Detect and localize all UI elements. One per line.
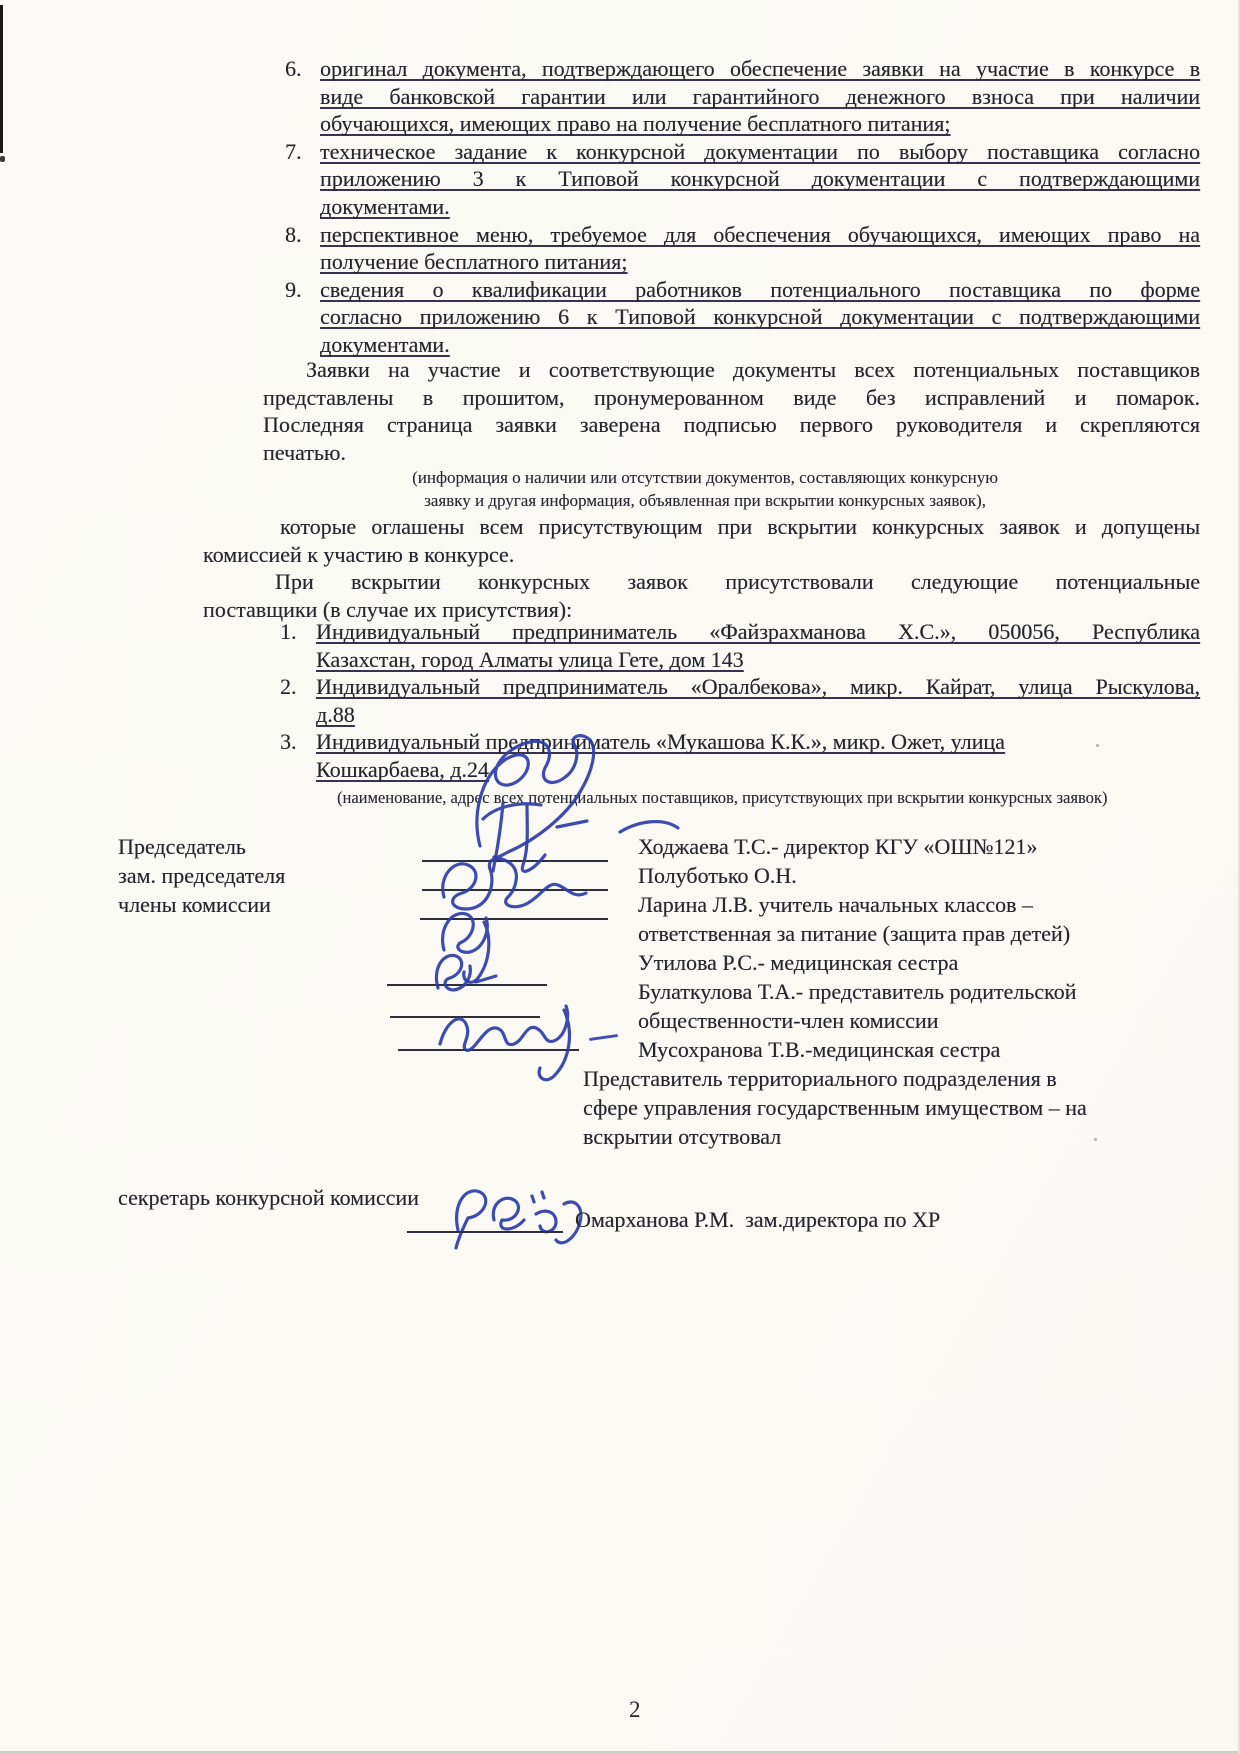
member-line: общественности-член комиссии xyxy=(638,1006,1208,1035)
supplier-line: Кошкарбаева, д.24 xyxy=(316,756,1200,784)
member-entry: Ларина Л.В. учитель начальных классов – … xyxy=(638,890,1208,948)
member-entry: Булаткулова Т.А.- представитель родитель… xyxy=(638,977,1208,1035)
member-line: Утилова Р.С.- медицинская сестра xyxy=(638,948,1208,977)
requirements-list: 6. оригинал документа, подтверждающего о… xyxy=(285,55,1200,359)
scanned-document-page: 6. оригинал документа, подтверждающего о… xyxy=(0,0,1240,1754)
paragraph-line: печатью. xyxy=(263,439,1200,467)
member-entry: Полуботько О.Н. xyxy=(638,861,1208,890)
page-number: 2 xyxy=(629,1697,641,1723)
requirement-line: виде банковской гарантии или гарантийног… xyxy=(320,83,1200,111)
requirement-line: приложению 3 к Типовой конкурсной докуме… xyxy=(320,165,1200,193)
requirement-text: сведения о квалификации работников потен… xyxy=(320,276,1200,359)
scan-edge-artifact xyxy=(0,156,5,162)
paragraph-line: При вскрытии конкурсных заявок присутств… xyxy=(203,568,1200,596)
member-entry: Ходжаева Т.С.- директор КГУ «ОШ№121» xyxy=(638,832,1208,861)
member-entry: Мусохранова Т.В.-медицинская сестра xyxy=(638,1035,1208,1064)
supplier-number: 1. xyxy=(280,618,316,646)
requirement-line: получение бесплатного питания; xyxy=(320,248,1200,276)
requirement-text: техническое задание к конкурсной докумен… xyxy=(320,138,1200,221)
secretary-name: Омарханова Р.М. зам.директора по ХР xyxy=(575,1206,940,1234)
requirement-item: 6. оригинал документа, подтверждающего о… xyxy=(285,55,1200,138)
requirement-item: 7. техническое задание к конкурсной доку… xyxy=(285,138,1200,221)
paragraph-line: которые оглашены всем присутствующим при… xyxy=(203,513,1200,541)
supplier-line: Индивидуальный предприниматель «Файзрахм… xyxy=(316,618,1200,646)
requirement-number: 6. xyxy=(285,55,320,83)
requirement-number: 7. xyxy=(285,138,320,166)
absent-note-line: Представитель территориального подраздел… xyxy=(583,1064,1208,1093)
requirement-line: оригинал документа, подтверждающего обес… xyxy=(320,55,1200,83)
requirement-item: 9. сведения о квалификации работников по… xyxy=(285,276,1200,359)
member-line: Ходжаева Т.С.- директор КГУ «ОШ№121» xyxy=(638,832,1208,861)
member-entry: Утилова Р.С.- медицинская сестра xyxy=(638,948,1208,977)
requirement-line: техническое задание к конкурсной докумен… xyxy=(320,138,1200,166)
scan-edge-artifact xyxy=(0,5,3,153)
role-chairman: Председатель xyxy=(118,832,285,861)
requirement-line: документами. xyxy=(320,331,1200,359)
requirement-line: документами. xyxy=(320,193,1200,221)
member-line: Булаткулова Т.А.- представитель родитель… xyxy=(638,977,1208,1006)
supplier-line: Индивидуальный предприниматель «Оралбеко… xyxy=(316,673,1200,701)
paragraph-line: представлены в прошитом, пронумерованном… xyxy=(263,384,1200,412)
supplier-item: 3. Индивидуальный предприниматель «Мукаш… xyxy=(280,728,1200,783)
requirement-text: оригинал документа, подтверждающего обес… xyxy=(320,55,1200,138)
member-line: ответственная за питание (защита прав де… xyxy=(638,919,1208,948)
secretary-signature xyxy=(438,1176,588,1261)
requirement-number: 8. xyxy=(285,221,320,249)
secretary-label: секретарь конкурсной комиссии xyxy=(118,1184,419,1212)
member-line: Ларина Л.В. учитель начальных классов – xyxy=(638,890,1208,919)
supplier-line: Индивидуальный предприниматель «Мукашова… xyxy=(316,728,1200,756)
requirement-line: обучающихся, имеющих право на получение … xyxy=(320,110,1200,138)
absent-representative-note: Представитель территориального подраздел… xyxy=(583,1064,1208,1151)
requirement-number: 9. xyxy=(285,276,320,304)
supplier-line: Казахстан, город Алматы улица Гете, дом … xyxy=(316,646,1200,674)
requirement-line: перспективное меню, требуемое для обеспе… xyxy=(320,221,1200,249)
paragraph-line: Последняя страница заявки заверена подпи… xyxy=(263,411,1200,439)
requirement-item: 8. перспективное меню, требуемое для обе… xyxy=(285,221,1200,276)
supplier-text: Индивидуальный предприниматель «Оралбеко… xyxy=(316,673,1200,728)
paragraph-line: комиссией к участию в конкурсе. xyxy=(203,541,1200,569)
supplier-number: 2. xyxy=(280,673,316,701)
supplier-item: 1. Индивидуальный предприниматель «Файзр… xyxy=(280,618,1200,673)
suppliers-list: 1. Индивидуальный предприниматель «Файзр… xyxy=(280,618,1200,784)
absent-note-line: вскрытии отсутвовал xyxy=(583,1122,1208,1151)
role-members: члены комиссии xyxy=(118,890,285,919)
supplier-text: Индивидуальный предприниматель «Мукашова… xyxy=(316,728,1200,783)
ink-dash xyxy=(589,1034,618,1041)
paragraph-present: При вскрытии конкурсных заявок присутств… xyxy=(203,568,1200,623)
supplier-text: Индивидуальный предприниматель «Файзрахм… xyxy=(316,618,1200,673)
role-deputy: зам. председателя xyxy=(118,861,285,890)
parenthetical-note: (информация о наличии или отсутствии док… xyxy=(340,467,1070,512)
signature-line xyxy=(407,1231,563,1233)
note-line: (информация о наличии или отсутствии док… xyxy=(340,467,1070,490)
requirement-line: согласно приложению 6 к Типовой конкурсн… xyxy=(320,303,1200,331)
supplier-line: д.88 xyxy=(316,701,1200,729)
absent-note-line: сфере управления государственным имущест… xyxy=(583,1093,1208,1122)
member-line: Полуботько О.Н. xyxy=(638,861,1208,890)
paragraph-line: Заявки на участие и соответствующие доку… xyxy=(263,356,1200,384)
committee-members: Ходжаева Т.С.- директор КГУ «ОШ№121» Пол… xyxy=(638,832,1208,1151)
member-line: Мусохранова Т.В.-медицинская сестра xyxy=(638,1035,1208,1064)
supplier-item: 2. Индивидуальный предприниматель «Оралб… xyxy=(280,673,1200,728)
requirement-line: сведения о квалификации работников потен… xyxy=(320,276,1200,304)
note-line: заявку и другая информация, объявленная … xyxy=(340,490,1070,513)
paragraph-announced: которые оглашены всем присутствующим при… xyxy=(203,513,1200,568)
supplier-number: 3. xyxy=(280,728,316,756)
member-signature-4 xyxy=(428,982,588,1097)
paragraph-applications: Заявки на участие и соответствующие доку… xyxy=(263,356,1200,466)
requirement-text: перспективное меню, требуемое для обеспе… xyxy=(320,221,1200,276)
committee-roles: Председатель зам. председателя члены ком… xyxy=(118,832,285,919)
